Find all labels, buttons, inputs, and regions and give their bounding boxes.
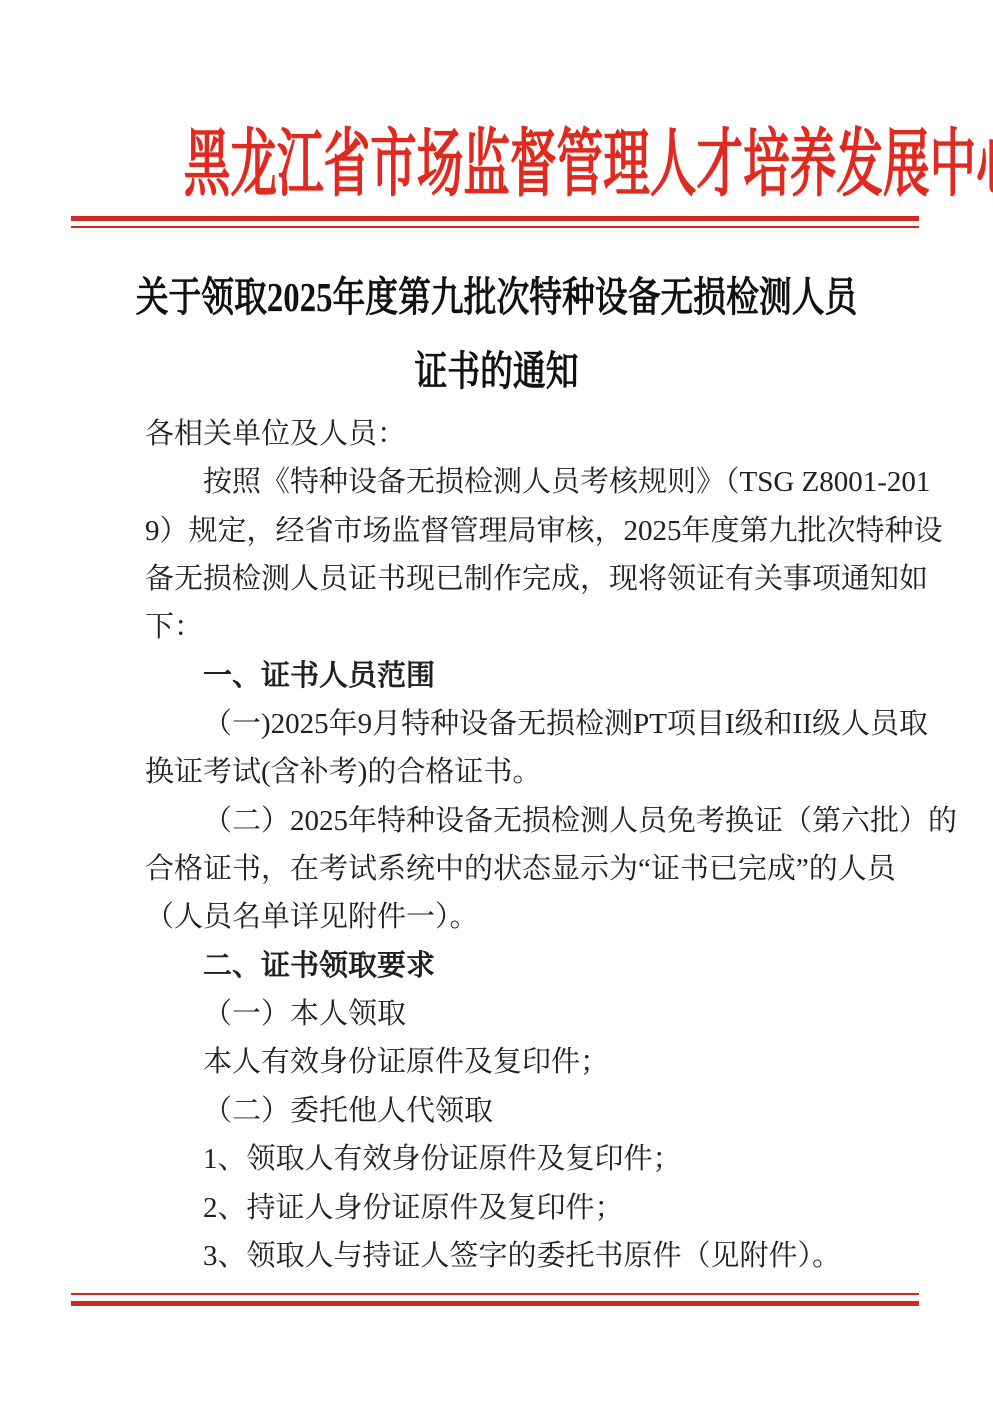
body-line: 1、领取人有效身份证原件及复印件； [145,1135,857,1183]
body-line: 备无损检测人员证书现已制作完成，现将领证有关事项通知如 [145,555,857,603]
body-line: 3、领取人与持证人签字的委托书原件（见附件）。 [145,1232,857,1280]
body-line: 合格证书，在考试系统中的状态显示为“证书已完成”的人员 [145,845,857,893]
rule-thick [71,216,919,221]
document-page: 黑龙江省市场监督管理人才培养发展中心 关于领取2025年度第九批次特种设备无损检… [0,0,993,1403]
body-line: 二、证书领取要求 [145,942,857,990]
body-line: （二）委托他人代领取 [145,1087,857,1135]
body-line: 本人有效身份证原件及复印件； [145,1038,857,1086]
body-line: （一）本人领取 [145,990,857,1038]
footer-double-rule [71,1293,919,1306]
body-line: 下： [145,603,857,651]
body-line: 按照《特种设备无损检测人员考核规则》（TSG Z8001-201 [145,458,857,506]
body-line: 换证考试(含补考)的合格证书。 [145,748,857,796]
body-line: （一)2025年9月特种设备无损检测PT项目I级和II级人员取 [145,700,857,748]
body-line: 一、证书人员范围 [145,652,857,700]
letterhead-double-rule [71,216,919,228]
doc-title-line2: 证书的通知 [99,351,893,392]
rule-thick [71,1301,919,1306]
body-line: 2、持证人身份证原件及复印件； [145,1184,857,1232]
letterhead-org-name: 黑龙江省市场监督管理人才培养发展中心 [184,127,810,205]
body-line: （人员名单详见附件一）。 [145,893,857,941]
rule-thin [71,1293,919,1295]
body-line: （二）2025年特种设备无损检测人员免考换证（第六批）的 [145,797,857,845]
doc-body: 各相关单位及人员：按照《特种设备无损检测人员考核规则》（TSG Z8001-20… [145,410,857,1280]
body-line: 各相关单位及人员： [145,410,857,458]
body-line: 9）规定，经省市场监督管理局审核，2025年度第九批次特种设 [145,507,857,555]
rule-thin [71,226,919,228]
doc-title-line1: 关于领取2025年度第九批次特种设备无损检测人员 [99,277,893,318]
